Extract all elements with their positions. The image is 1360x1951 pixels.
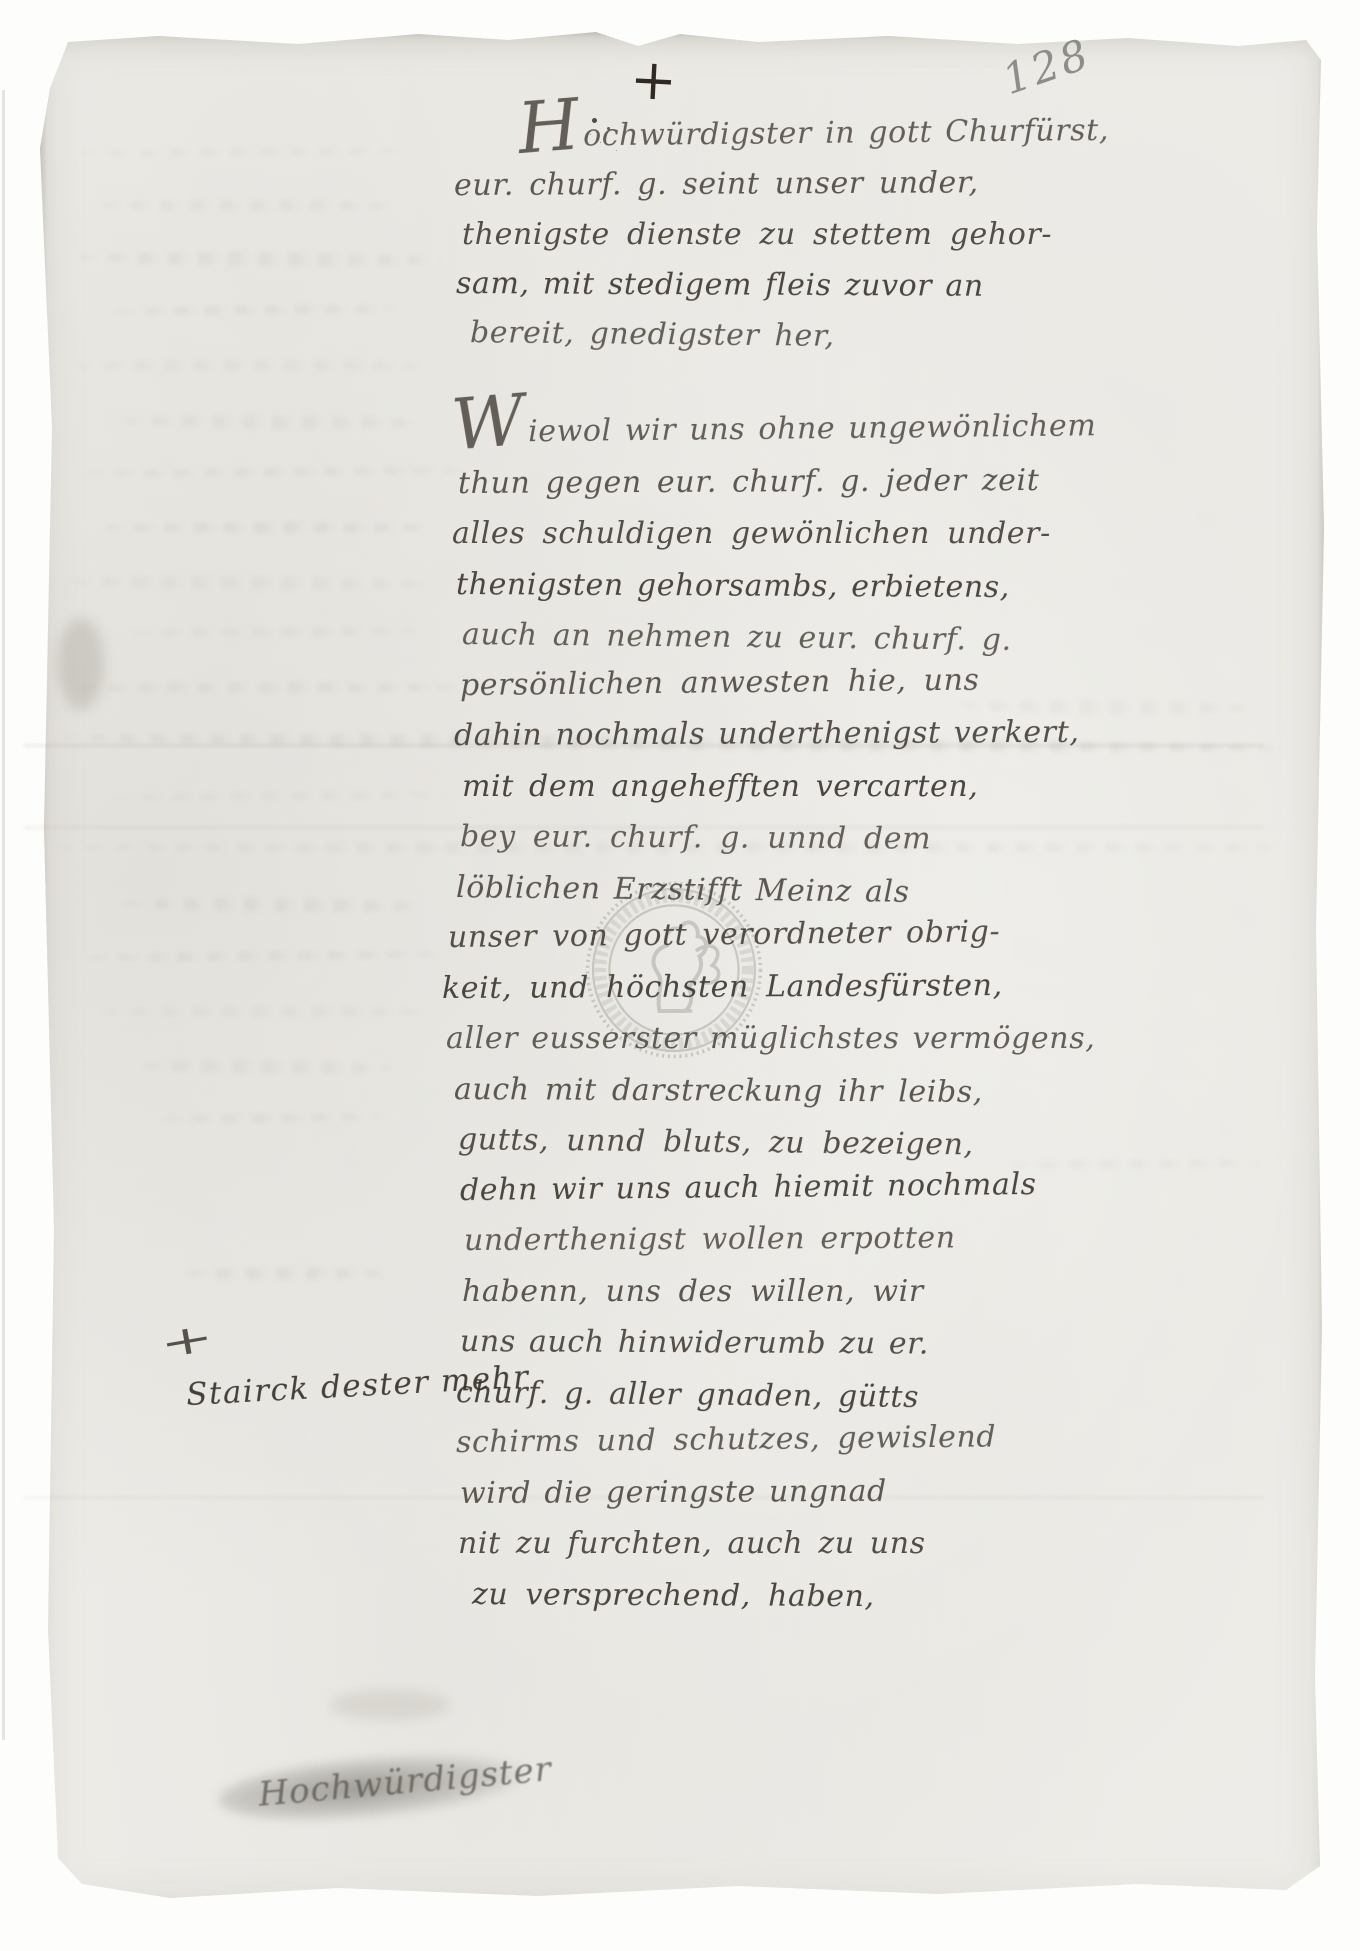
manuscript-line: mit dem angehefften vercarten, bbox=[462, 762, 1012, 813]
salutation-paragraph: Hochwürdigster in gott Churfürst,eur. ch… bbox=[452, 112, 1012, 357]
flourished-initial: W bbox=[452, 420, 525, 426]
manuscript-line: wird die geringste ungnad bbox=[460, 1466, 1012, 1519]
bleedthrough-line bbox=[78, 682, 458, 693]
stain-blot bbox=[330, 1690, 450, 1720]
manuscript-line: persönlichen anwesten hie, uns bbox=[460, 655, 1012, 711]
manuscript-line: Hochwürdigster in gott Churfürst, bbox=[518, 107, 1012, 161]
paper-edge-shading bbox=[38, 28, 47, 1906]
manuscript-line: aller eusserster müglichstes vermögens, bbox=[446, 1014, 1012, 1065]
bleedthrough-line bbox=[104, 522, 434, 533]
manuscript-line: Wiewol wir uns ohne ungewönlichem bbox=[452, 402, 1012, 458]
paper-edge-shading bbox=[1318, 28, 1326, 1906]
ink-cross-mark: + bbox=[628, 47, 678, 114]
paper-edge-shading bbox=[38, 28, 1326, 38]
bleedthrough-line bbox=[102, 1006, 432, 1017]
manuscript-line: unser von gott verordneter obrig- bbox=[448, 907, 1012, 963]
manuscript-line: underthenigst wollen erpotten bbox=[464, 1213, 1012, 1266]
flourished-initial: H bbox=[518, 124, 580, 129]
manuscript-line: thun gegen eur. churf. g. jeder zeit bbox=[458, 456, 1012, 509]
manuscript-line: habenn, uns des willen, wir bbox=[462, 1267, 1012, 1318]
manuscript-line: thenigste dienste zu stettem gehor- bbox=[462, 210, 1012, 259]
manuscript-line: thenigsten gehorsambs, erbietens, bbox=[456, 560, 1012, 613]
margin-cross-mark: + bbox=[156, 1314, 217, 1369]
manuscript-line: dehn wir uns auch hiemit nochmals bbox=[460, 1160, 1012, 1216]
stain-blot bbox=[58, 618, 104, 710]
paper-edge-shading bbox=[38, 1897, 1326, 1906]
manuscript-line: eur. churf. g. seint unser under, bbox=[454, 158, 1012, 210]
body-paragraph: Wiewol wir uns ohne ungewönlichemthun ge… bbox=[452, 408, 1012, 1620]
bleedthrough-line bbox=[186, 1268, 386, 1279]
scanner-edge-line bbox=[2, 90, 5, 1740]
manuscript-line: auch mit darstreckung ihr leibs, bbox=[454, 1065, 1012, 1118]
manuscript-line: zu versprechend, haben, bbox=[472, 1570, 1012, 1623]
manuscript-line: keit, und höchsten Landesfürsten, bbox=[442, 961, 1012, 1014]
manuscript-line: dahin nochmals underthenigst verkert, bbox=[454, 708, 1012, 761]
bleedthrough-line bbox=[74, 360, 419, 371]
manuscript-line: alles schuldigen gewönlichen under- bbox=[452, 509, 1012, 560]
manuscript-line: bey eur. churf. g. unnd dem bbox=[460, 812, 1012, 865]
manuscript-line: nit zu furchten, auch zu uns bbox=[458, 1519, 1012, 1570]
manuscript-line: sam, mit stedigem fleis zuvor an bbox=[456, 259, 1012, 311]
bleedthrough-line bbox=[100, 200, 400, 211]
manuscript-line: uns auch hinwiderumb zu er. bbox=[460, 1317, 1012, 1370]
scanned-manuscript-page: + 128 Hochwürdigster in gott Churfürst,e… bbox=[0, 0, 1360, 1951]
manuscript-line: bereit, gnedigster her, bbox=[470, 308, 1012, 363]
manuscript-line: schirms und schutzes, gewislend bbox=[456, 1412, 1012, 1468]
